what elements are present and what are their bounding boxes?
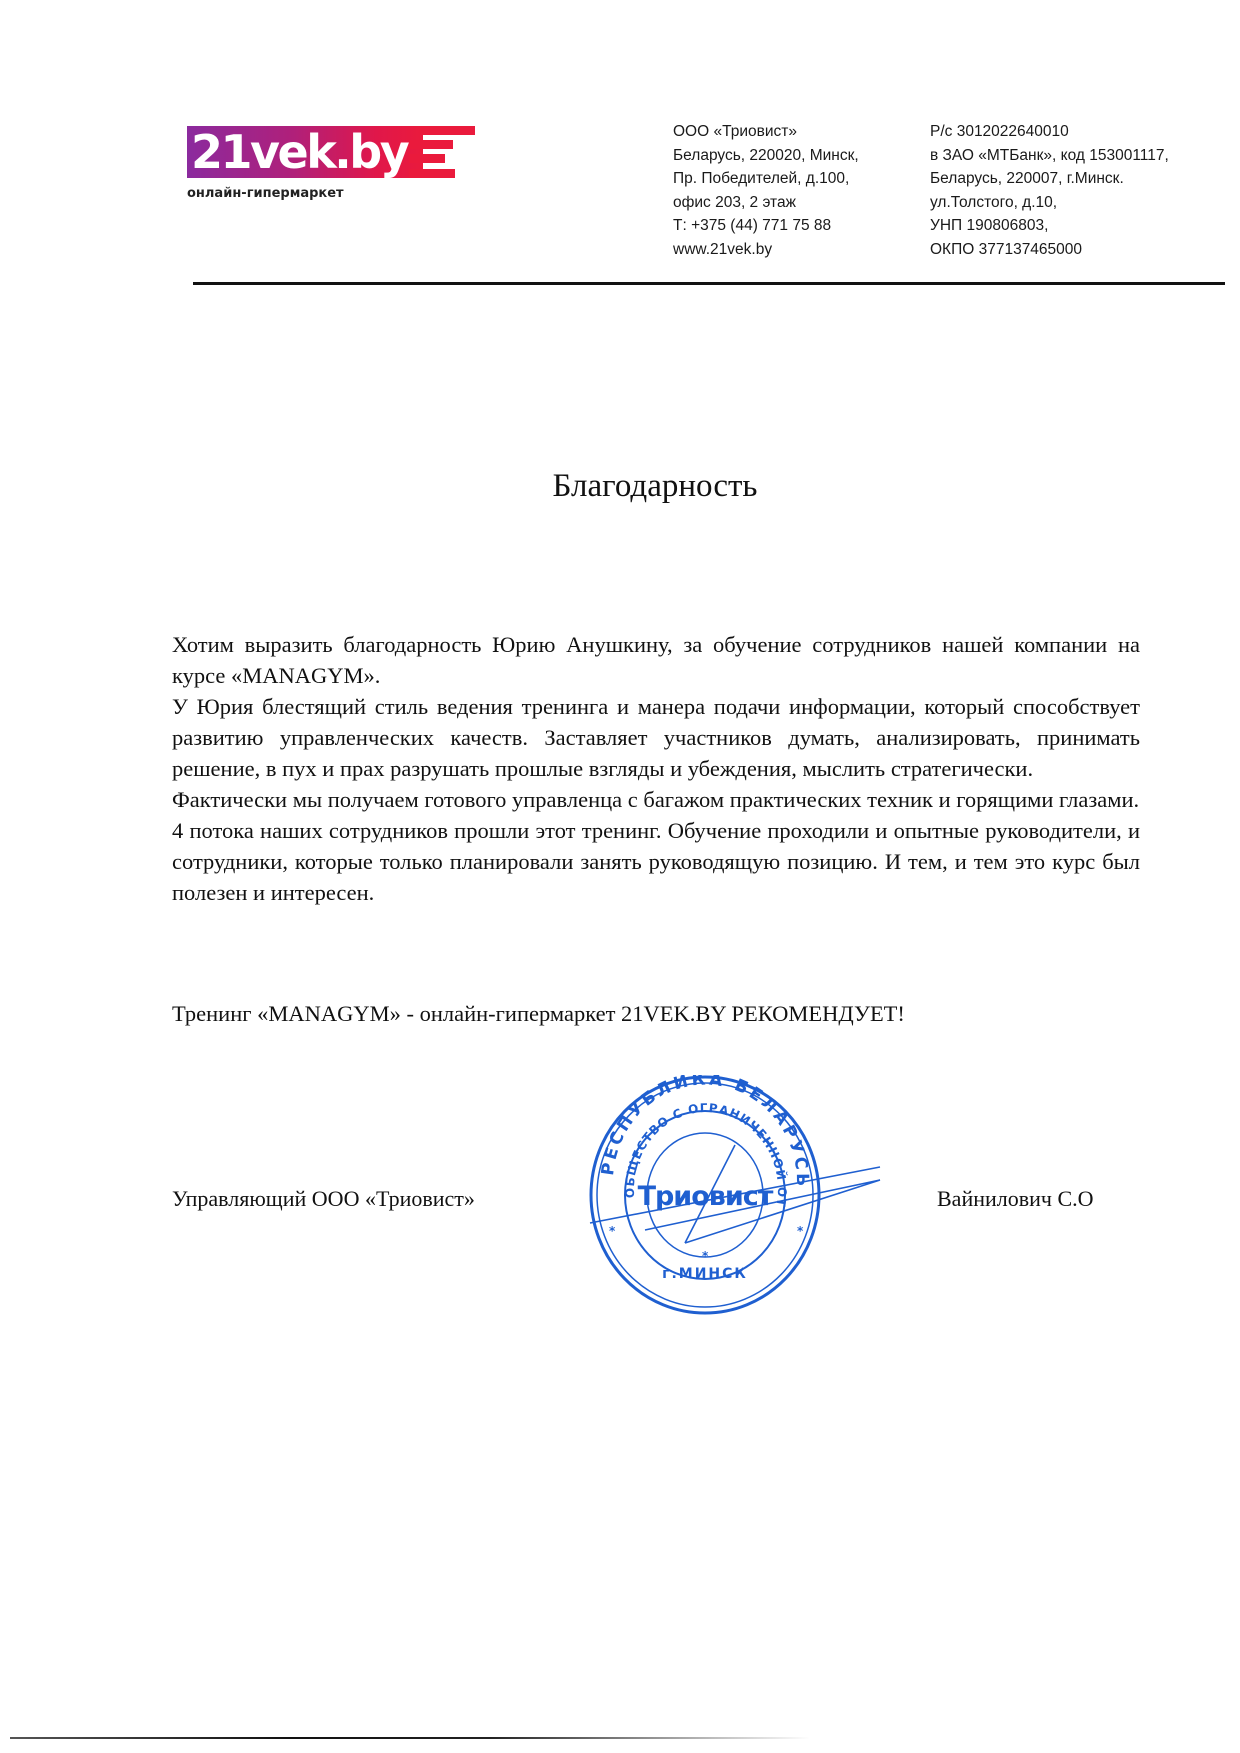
signatory-role: Управляющий ООО «Триовист» xyxy=(172,1186,475,1212)
bank-name: в ЗАО «МТБанк», код 153001117, xyxy=(930,144,1169,168)
signatory-name: Вайнилович С.О xyxy=(937,1186,1094,1212)
company-stamp: РЕСПУБЛИКА БЕЛАРУСЬ ОБЩЕСТВО С ОГРАНИЧЕН… xyxy=(585,1075,885,1320)
document-title: Благодарность xyxy=(0,468,1240,505)
okpo-number: ОКПО 377137465000 xyxy=(930,238,1169,262)
logo-tagline: онлайн-гипермаркет xyxy=(187,186,344,201)
header-divider xyxy=(193,282,1225,285)
company-phone: Т: +375 (44) 771 75 88 xyxy=(673,214,859,238)
scan-edge-line xyxy=(10,1737,810,1739)
svg-text:*: * xyxy=(609,1224,616,1238)
company-address-block: ООО «Триовист» Беларусь, 220020, Минск, … xyxy=(673,120,859,261)
body-paragraph: У Юрия блестящий стиль ведения тренинга … xyxy=(172,691,1140,784)
logo-stripe-icon xyxy=(423,126,475,135)
unp-number: УНП 190806803, xyxy=(930,214,1169,238)
logo-text: 21vek.by xyxy=(191,124,407,180)
letter-body: Хотим выразить благодарность Юрию Анушки… xyxy=(172,629,1140,908)
company-address-line: Пр. Победителей, д.100, xyxy=(673,167,859,191)
company-website-link[interactable]: www.21vek.by xyxy=(673,238,859,262)
stamp-seal-icon: РЕСПУБЛИКА БЕЛАРУСЬ ОБЩЕСТВО С ОГРАНИЧЕН… xyxy=(585,1075,885,1320)
company-name: ООО «Триовист» xyxy=(673,120,859,144)
bank-details-block: Р/с 3012022640010 в ЗАО «МТБанк», код 15… xyxy=(930,120,1169,261)
svg-text:*: * xyxy=(702,1249,709,1263)
bank-account: Р/с 3012022640010 xyxy=(930,120,1169,144)
svg-text:г.МИНСК: г.МИНСК xyxy=(662,1266,748,1282)
body-paragraph: Фактически мы получаем готового управлен… xyxy=(172,784,1140,815)
logo-stripe-icon xyxy=(409,140,453,149)
svg-text:*: * xyxy=(797,1224,804,1238)
company-address-line: Беларусь, 220020, Минск, xyxy=(673,144,859,168)
body-paragraph: 4 потока наших сотрудников прошли этот т… xyxy=(172,815,1140,908)
company-logo: 21vek.by xyxy=(187,126,477,178)
recommendation-line: Тренинг «MANAGYM» - онлайн-гипермаркет 2… xyxy=(172,998,905,1029)
bank-address-line: ул.Толстого, д.10, xyxy=(930,191,1169,215)
bank-address-line: Беларусь, 220007, г.Минск. xyxy=(930,167,1169,191)
logo-stripe-icon xyxy=(409,169,455,178)
company-address-line: офис 203, 2 этаж xyxy=(673,191,859,215)
body-paragraph: Хотим выразить благодарность Юрию Анушки… xyxy=(172,629,1140,691)
logo-stripe-icon xyxy=(409,154,445,163)
